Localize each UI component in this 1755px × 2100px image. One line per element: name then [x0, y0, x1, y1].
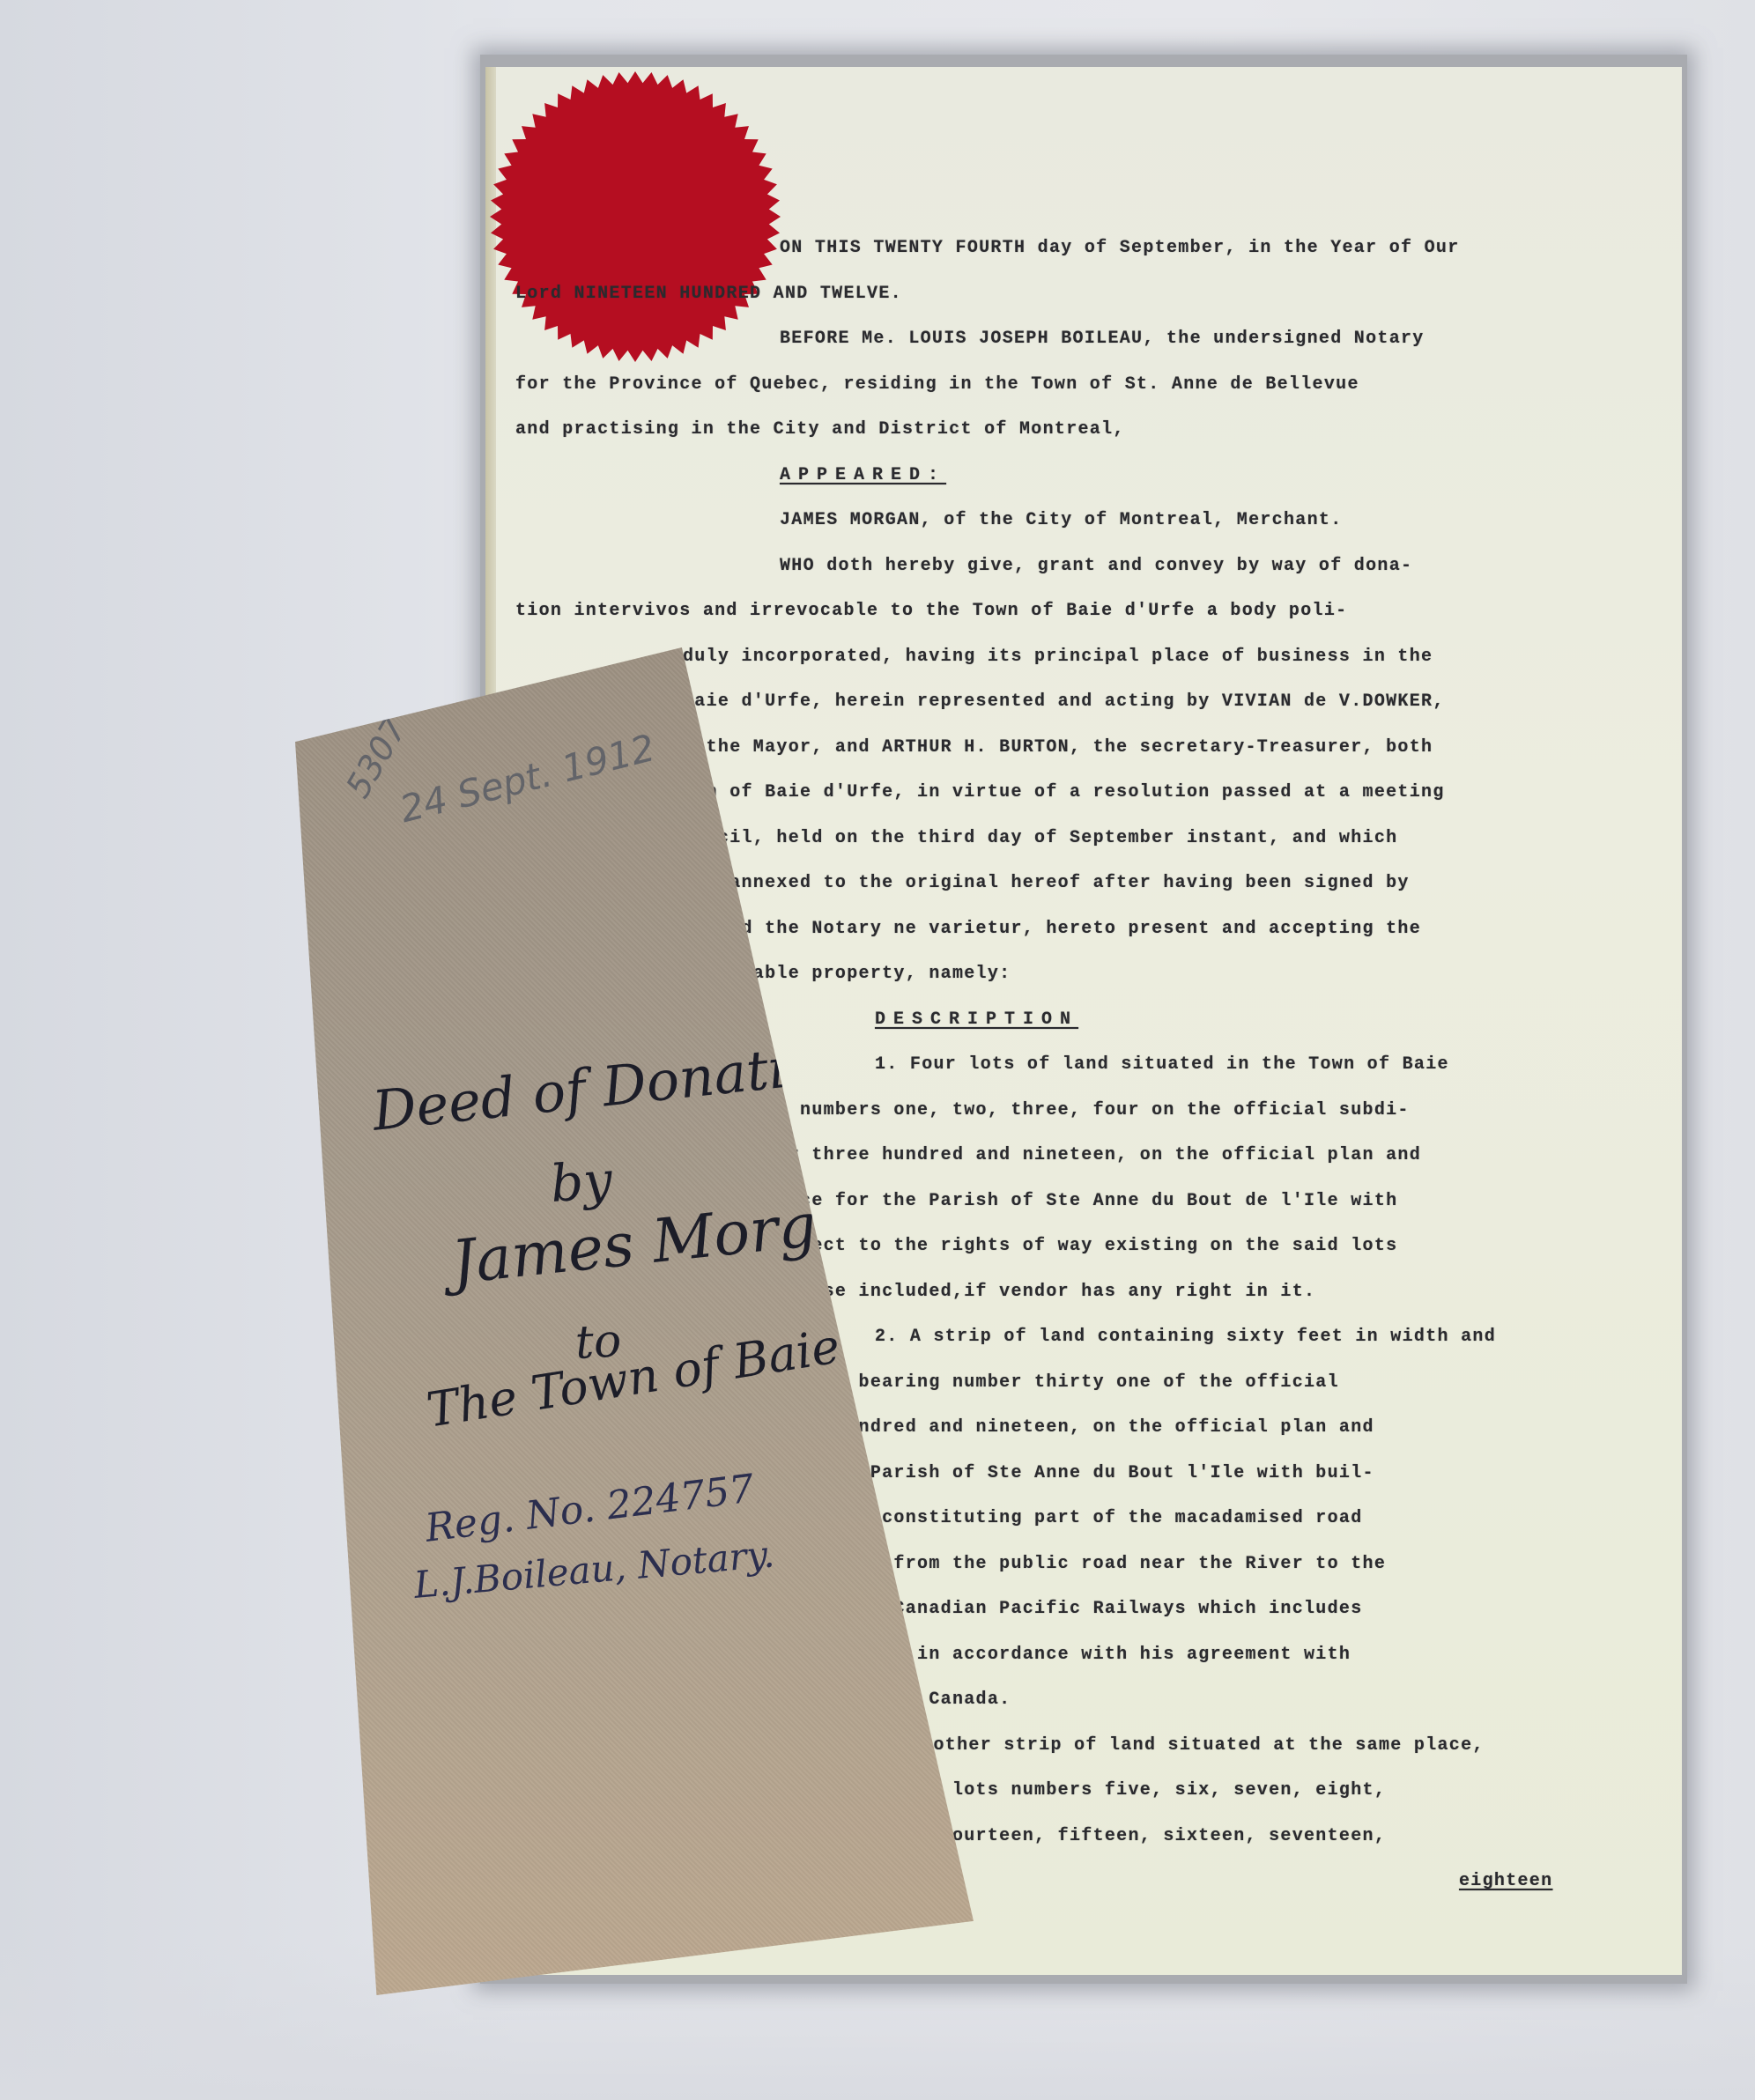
description-heading: DESCRIPTION: [875, 1009, 1078, 1030]
deed-line: Baie d'Urfe, herein represented and acti…: [683, 691, 1445, 712]
deed-line: by Charles St.Denis in accordance with h…: [683, 1645, 1351, 1665]
deed-line: donee and leading from the public road n…: [683, 1554, 1386, 1574]
deed-line: ouncil, held on the third day of Septemb…: [683, 828, 1397, 848]
deed-line: k Railway Company of Canada.: [683, 1690, 1011, 1710]
deed-line: erected; and now constituting part of th…: [683, 1508, 1363, 1528]
deed-line: own of Baie d'Urfe, in virtue of a resol…: [683, 782, 1445, 802]
deed-line: 2. A strip of land containing sixty feet…: [875, 1327, 1496, 1347]
deed-line: of lot three hundred and nineteen, on th…: [683, 1417, 1374, 1438]
deed-line: ein annexed to the original hereof after…: [683, 873, 1410, 893]
deed-line: rts of the subdivision lots numbers five…: [683, 1780, 1386, 1801]
deed-document: ON THIS TWENTY FOURTH day of September, …: [480, 55, 1687, 1984]
deed-line: Lord NINETEEN HUNDRED AND TWELVE.: [515, 284, 902, 304]
party-name: JAMES MORGAN: [780, 510, 921, 530]
deed-line: gs but subject to the rights of way exis…: [683, 1236, 1397, 1256]
deed-line: duly incorporated, having its principal …: [683, 647, 1433, 667]
deed-line: ON THIS TWENTY FOURTH day of September, …: [780, 238, 1460, 258]
deed-line: en, twelve, thirteen, fourteen, fifteen,…: [683, 1826, 1386, 1846]
deed-line: 1. Four lots of land situated in the Tow…: [875, 1054, 1449, 1075]
deed-line: lot number three hundred and nineteen, o…: [683, 1145, 1421, 1165]
red-seal-icon: [485, 67, 785, 366]
deed-line: for the Province of Quebec, residing in …: [515, 374, 1359, 395]
deed-line: and practising in the City and District …: [515, 419, 1125, 440]
deed-line: aring the numbers one, two, three, four …: [683, 1100, 1410, 1120]
deed-line: , the Mayor, and ARTHUR H. BURTON, the s…: [683, 737, 1433, 758]
deed-line: of reference of Parish of Ste Anne du Bo…: [683, 1463, 1374, 1483]
deed-line: 3. Another strip of land situated at the…: [875, 1735, 1485, 1756]
deed-line: WHO doth hereby give, grant and convey b…: [780, 556, 1412, 576]
folder-file-number: 5307: [338, 711, 414, 804]
deed-line: the same place bearing number thirty one…: [683, 1372, 1339, 1393]
deed-line: BEFORE Me. LOUIS JOSEPH BOILEAU, the und…: [780, 329, 1425, 349]
deed-line: eighteen: [1459, 1871, 1552, 1891]
deed-line: of reference for the Parish of Ste Anne …: [683, 1191, 1397, 1211]
deed-line: immoveable property, namely:: [683, 964, 1011, 984]
deed-line: tion intervivos and irrevocable to the T…: [515, 601, 1347, 621]
appeared-heading: APPEARED:: [780, 465, 946, 485]
deed-line: e school house included,if vendor has an…: [683, 1282, 1315, 1302]
deed-line: es and the Notary ne varietur, hereto pr…: [683, 919, 1421, 939]
deed-line: e Grand Trunk and Canadian Pacific Railw…: [683, 1599, 1363, 1619]
deed-line: JAMES MORGAN, of the City of Montreal, M…: [780, 510, 1343, 530]
